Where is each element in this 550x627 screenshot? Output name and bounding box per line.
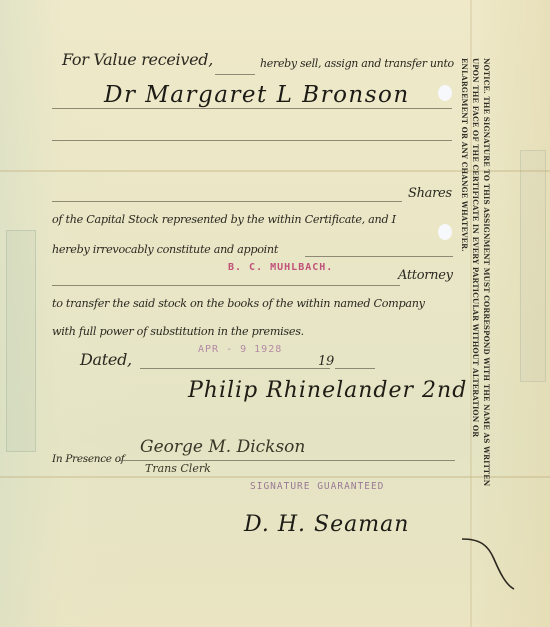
in-presence-of-label: In Presence of [52,453,124,465]
witness-title: Trans Clerk [145,462,211,475]
rule [52,108,452,109]
capital-stock-text: of the Capital Stock represented by the … [52,213,396,226]
rule [305,256,453,257]
signature-guaranteed-stamp: SIGNATURE GUARANTEED [250,481,384,492]
attorney-rule [52,285,400,286]
shares-rule [52,201,402,202]
year-prefix: 19 [318,354,334,369]
date-stamp: APR - 9 1928 [198,344,282,355]
sell-assign-transfer-text: hereby sell, assign and transfer unto [260,57,454,70]
assignee-name[interactable]: Dr Margaret L Bronson [104,82,410,108]
date-rule [140,368,330,369]
bleed-through-border-left [6,230,36,452]
signature-flourish [460,535,520,595]
guarantor-signature[interactable]: D. H. Seaman [244,512,409,537]
owner-signature[interactable]: Philip Rhinelander 2nd [188,378,467,403]
witness-signature[interactable]: George M. Dickson [140,437,305,457]
full-power-text: with full power of substitution in the p… [52,325,304,338]
rule [52,140,452,141]
rule [215,74,255,75]
for-value-received-text: For Value received, [62,50,213,69]
bleed-through-border-right [520,150,546,382]
shares-label: Shares [408,186,452,201]
attorney-label: Attorney [398,268,453,283]
attorney-name-stamp: B. C. MUHLBACH. [228,262,333,273]
punch-hole [438,85,452,101]
hereby-appoint-text: hereby irrevocably constitute and appoin… [52,243,278,256]
punch-hole [438,224,452,240]
witness-rule [120,460,455,461]
transfer-text: to transfer the said stock on the books … [52,297,425,310]
signature-notice: Notice. The signature to this assignment… [466,58,492,498]
dated-label: Dated, [80,350,132,369]
rule [335,368,375,369]
